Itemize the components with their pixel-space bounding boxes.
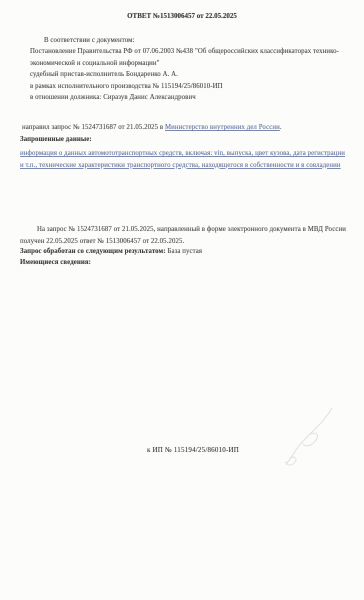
recipient-link[interactable]: Министерство внутренних дел России (165, 124, 280, 131)
document-title: ОТВЕТ №1513006457 от 22.05.2025 (0, 12, 364, 20)
result-label: Запрос обработан со следующим результато… (20, 248, 167, 255)
enforcement-proceeding-line: в рамках исполнительного производства № … (30, 83, 223, 90)
basis-line-1: Постановление Правительства РФ от 07.06.… (30, 48, 339, 55)
pen-stroke-artifact (270, 400, 350, 480)
request-sent-text: направил запрос № 1524731687 от 21.05.20… (22, 124, 165, 131)
response-paragraph: На запрос № 1524731687 от 21.05.2025, на… (20, 224, 350, 248)
result-value: База пустая (167, 248, 202, 255)
intro-lead: В соответствии с документом: (44, 37, 135, 44)
requested-data-link[interactable]: информация о данных автомототранспортных… (20, 150, 345, 169)
requested-data-label: Запрошенные данные: (20, 136, 92, 143)
available-data-label: Имеющиеся сведения: (20, 259, 91, 266)
basis-line-2: экономической и социальной информации" (30, 60, 160, 67)
footer-reference: к ИП № 115194/25/86010-ИП (147, 446, 239, 454)
document-page: ОТВЕТ №1513006457 от 22.05.2025 В соотве… (0, 0, 364, 600)
result-line: Запрос обработан со следующим результато… (20, 248, 202, 255)
request-sent-period: . (280, 124, 282, 131)
requested-data-paragraph: информация о данных автомототранспортных… (20, 148, 345, 172)
bailiff-line: судебный пристав-исполнитель Бондаренко … (30, 71, 178, 78)
request-sent-line: направил запрос № 1524731687 от 21.05.20… (22, 124, 282, 131)
debtor-line: в отношении должника: Сиразув Данис Алек… (30, 94, 196, 101)
